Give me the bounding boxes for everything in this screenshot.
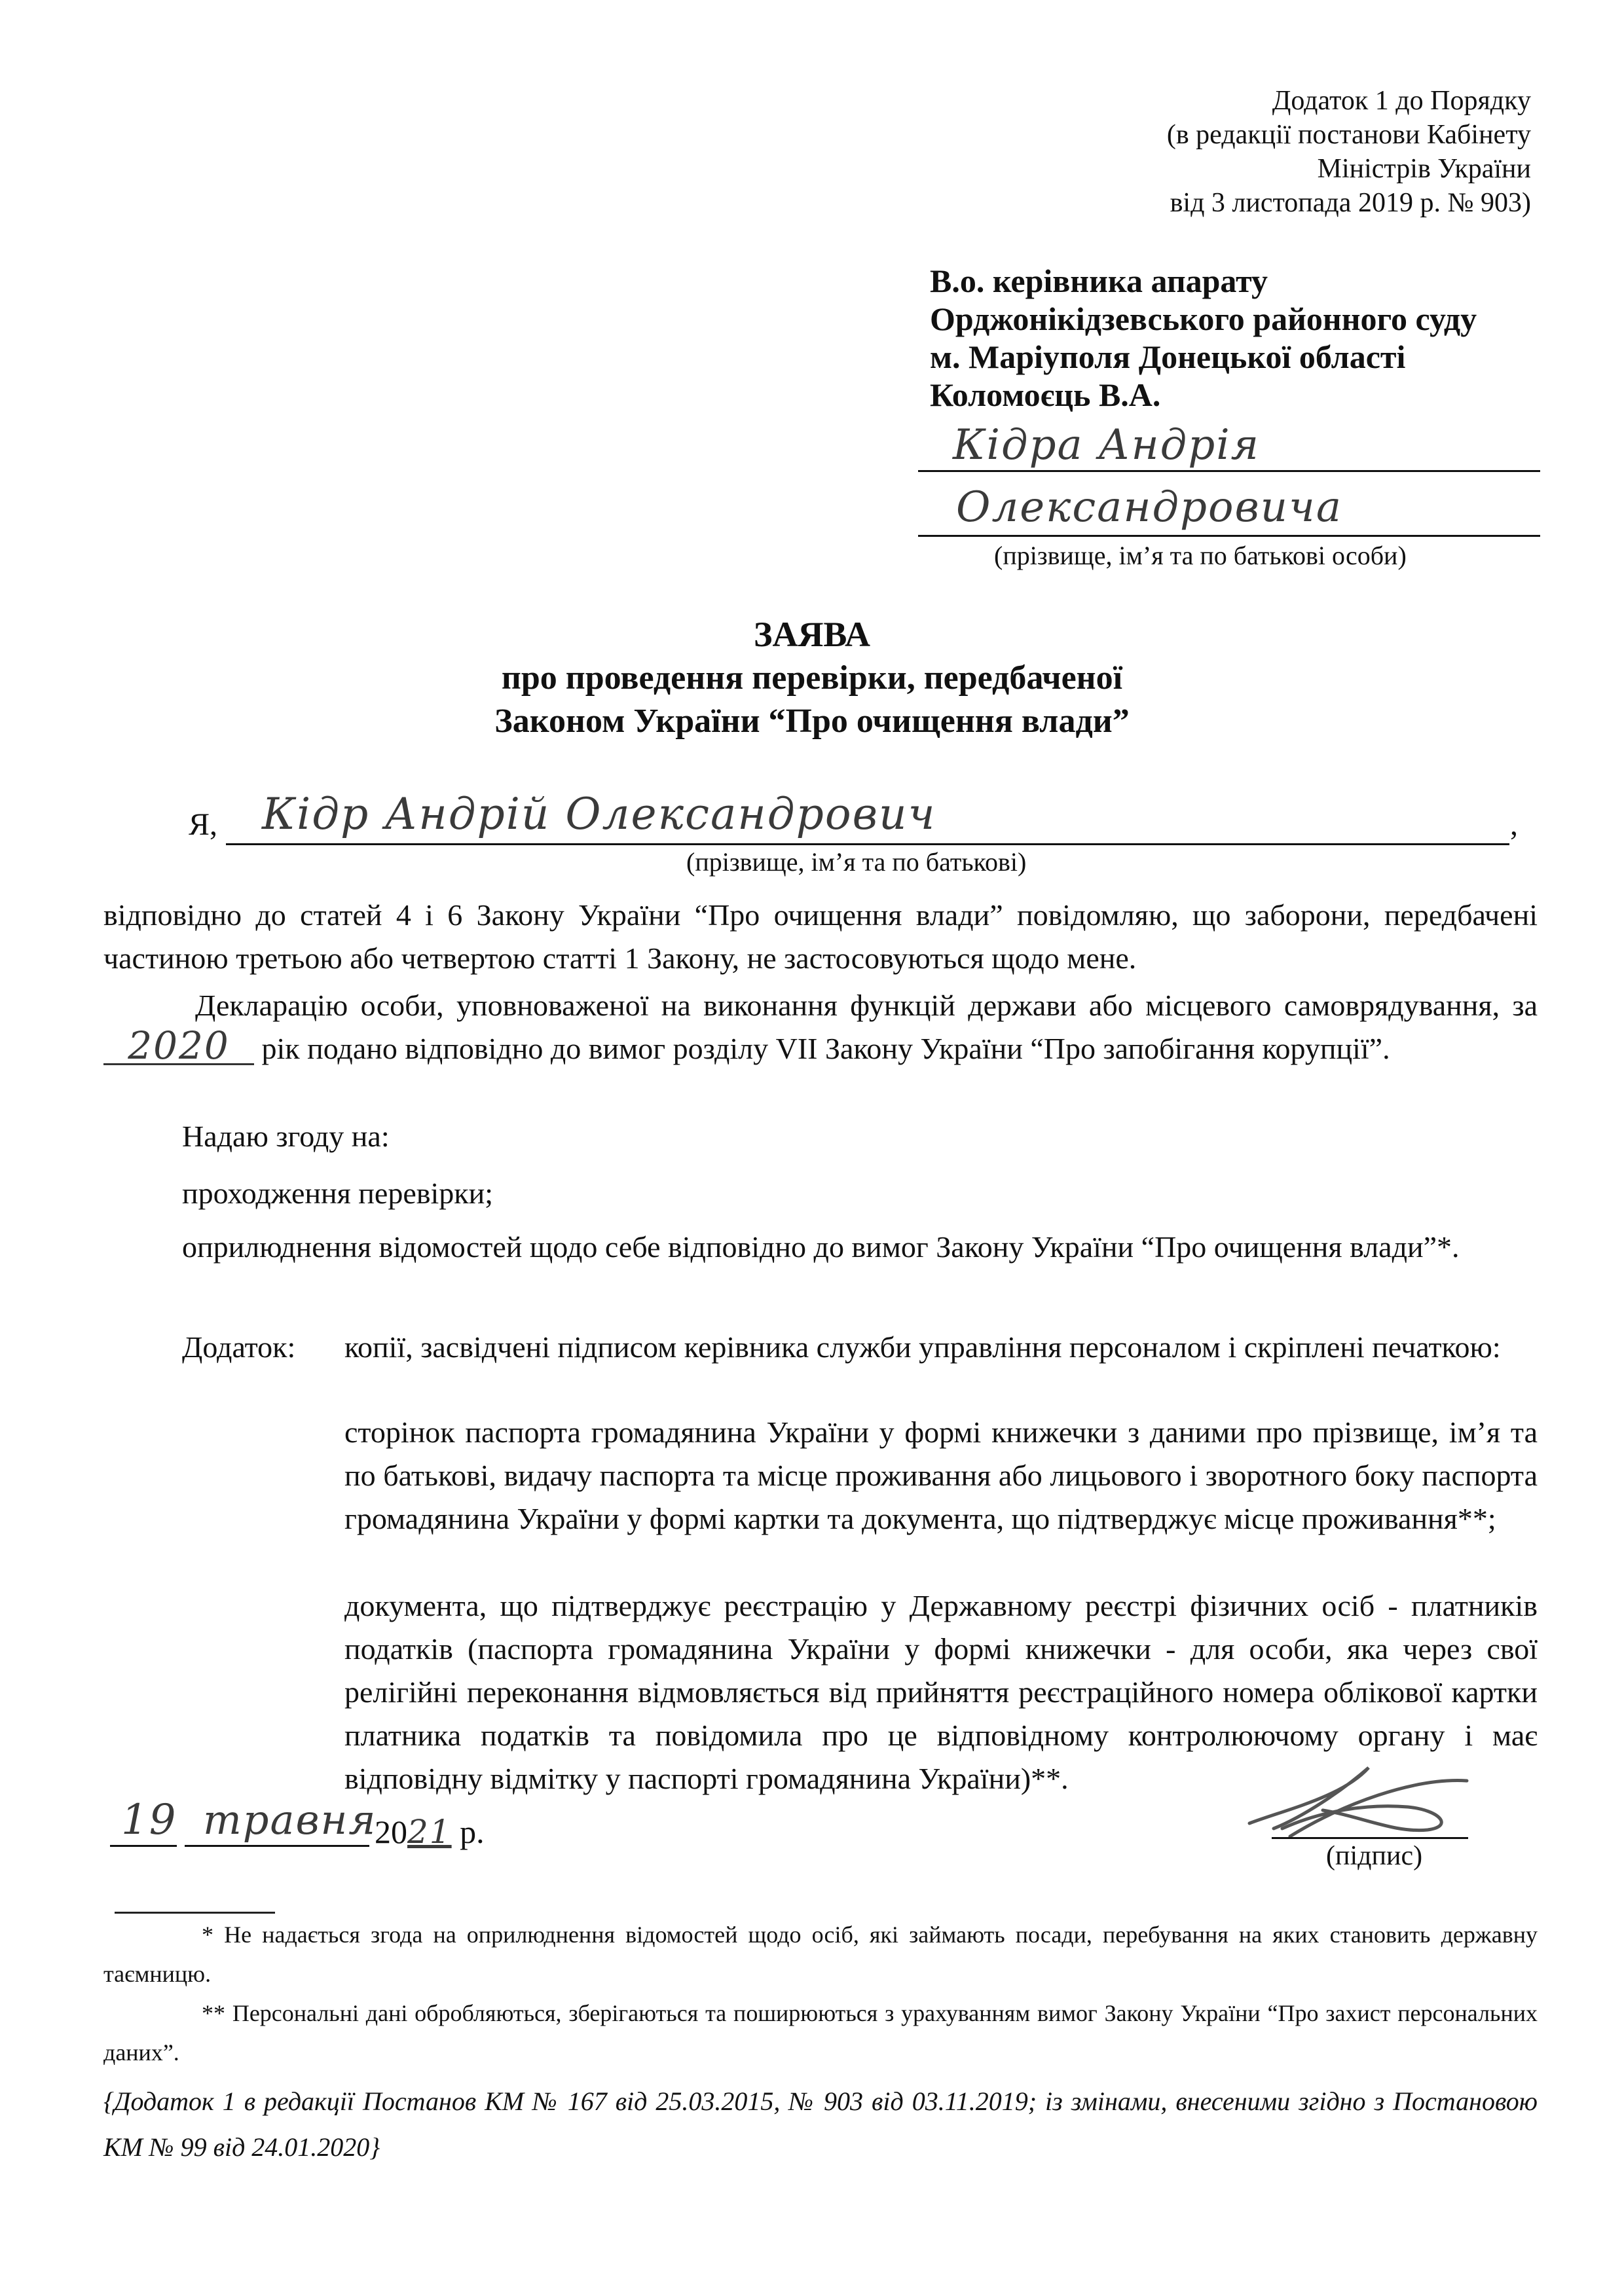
date-year: 2021 р. xyxy=(375,1813,485,1850)
declaration-text-after: рік подано відповідно до вимог розділу V… xyxy=(262,1032,1390,1065)
addressee-line: Коломоєць В.А. xyxy=(930,376,1572,414)
appendix-line: Міністрів України xyxy=(1073,152,1531,186)
appendix-line: Додаток 1 до Порядку xyxy=(1073,84,1531,118)
title-subtitle-line2: Законом України “Про очищення влади” xyxy=(0,700,1624,743)
footnote: * Не надається згода на оприлюднення від… xyxy=(103,1915,1538,1994)
consent-item: проходження перевірки; xyxy=(182,1172,1538,1215)
date-year-unit: р. xyxy=(460,1813,485,1850)
statement-name-caption: (прізвище, ім’я та по батькові) xyxy=(686,847,1026,877)
declaration-text-before: Декларацію особи, уповноваженої на викон… xyxy=(195,989,1538,1022)
title-main: ЗАЯВА xyxy=(0,612,1624,657)
attachment-label: Додаток: xyxy=(182,1326,295,1369)
footnote: ** Персональні дані обробляються, зберіг… xyxy=(103,1994,1538,2072)
date-year-suffix-handwritten[interactable]: 21 xyxy=(407,1813,452,1851)
attachment-paragraph: сторінок паспорта громадянина України у … xyxy=(344,1411,1538,1540)
date-month-handwritten[interactable]: травня xyxy=(203,1797,377,1843)
document-title: ЗАЯВА про проведення перевірки, передбач… xyxy=(0,612,1624,743)
declaration-year-handwritten[interactable]: 2020 xyxy=(103,1028,254,1065)
statement-suffix: , xyxy=(1510,807,1518,843)
editorial-note: {Додаток 1 в редакції Постанов КМ № 167 … xyxy=(103,2079,1538,2170)
consent-intro: Надаю згоду на: xyxy=(182,1115,1538,1158)
addressee-line: Орджонікідзевського районного суду xyxy=(930,300,1572,338)
appendix-line: від 3 листопада 2019 р. № 903) xyxy=(1073,186,1531,220)
applicant-name-handwritten-line1[interactable]: Кідра Андрія xyxy=(953,422,1260,468)
date-day-underline xyxy=(110,1845,177,1847)
applicant-name-handwritten-line2[interactable]: Олександровича xyxy=(956,484,1342,530)
signature-caption: (підпис) xyxy=(1326,1840,1422,1872)
applicant-name-underline xyxy=(918,470,1540,472)
statement-name-underline xyxy=(226,843,1509,845)
declaration-paragraph: Декларацію особи, уповноваженої на викон… xyxy=(103,984,1538,1070)
addressee-block: В.о. керівника апарату Орджонікідзевсько… xyxy=(930,262,1572,414)
date-day-handwritten[interactable]: 19 xyxy=(121,1797,177,1843)
addressee-line: В.о. керівника апарату xyxy=(930,262,1572,300)
attachment-paragraph: копії, засвідчені підписом керівника слу… xyxy=(344,1326,1538,1369)
appendix-reference: Додаток 1 до Порядку (в редакції постано… xyxy=(1073,84,1531,220)
statement-name-handwritten[interactable]: Кідр Андрій Олександрович xyxy=(262,791,936,838)
applicant-name-underline xyxy=(918,535,1540,537)
addressee-line: м. Маріуполя Донецької області xyxy=(930,338,1572,376)
footnote-divider xyxy=(115,1912,275,1914)
consent-item: оприлюднення відомостей щодо себе відпов… xyxy=(103,1226,1538,1269)
title-subtitle-line1: про проведення перевірки, передбаченої xyxy=(0,657,1624,700)
appendix-line: (в редакції постанови Кабінету xyxy=(1073,118,1531,152)
statement-prefix: Я, xyxy=(189,807,217,843)
date-year-prefix: 20 xyxy=(375,1813,407,1850)
statement-paragraph: відповідно до статей 4 і 6 Закону Україн… xyxy=(103,894,1538,980)
date-month-underline xyxy=(185,1845,369,1847)
signature-underline xyxy=(1272,1837,1468,1839)
applicant-name-caption: (прізвище, ім’я та по батькові особи) xyxy=(994,541,1407,571)
